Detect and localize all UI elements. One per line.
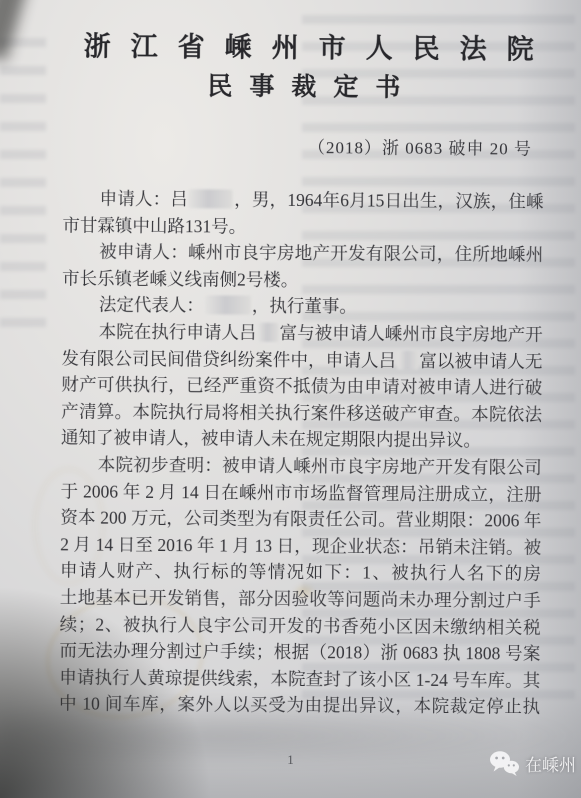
document-photo: 浙江省嵊州市人民法院 民事裁定书 （2018）浙 0683 破申 20 号 申请… bbox=[0, 0, 581, 798]
text-segment: 法定代表人： bbox=[99, 295, 204, 316]
text-segment: 资本 200 万元，公司类型为有限责任公司。营业期限：2006 年 bbox=[60, 507, 541, 530]
text-segment: 发有限公司民间借贷纠纷案件中，申请人吕 bbox=[61, 348, 396, 370]
redaction-mark bbox=[205, 296, 251, 315]
body-line-20: 中 10 间车库，案外人以买受为由提出异议，本院裁定停止执行 bbox=[59, 691, 540, 721]
body-line-7: 发有限公司民间借贷纠纷案件中，申请人吕富以被申请人无 bbox=[61, 345, 542, 375]
text-segment: 富以被申请人无 bbox=[419, 350, 542, 371]
body-line-6: 本院在执行申请人吕富与被申请人嵊州市良宇房地产开 bbox=[62, 318, 543, 348]
text-segment: 市甘霖镇中山路131号。 bbox=[62, 215, 246, 236]
body-line-17: 续；2、被执行人良宇公司开发的书香苑小区因未缴纳相关税费 bbox=[60, 611, 541, 641]
body-line-18: 而无法办理分割过户手续；根据（2018）浙 0683 执 1808 号案 bbox=[59, 637, 540, 667]
text-segment: 通知了被申请人，被申请人未在规定期限内提出异议。 bbox=[61, 428, 481, 451]
body-line-2: 市甘霖镇中山路131号。 bbox=[62, 212, 543, 242]
document-content: 浙江省嵊州市人民法院 民事裁定书 （2018）浙 0683 破申 20 号 申请… bbox=[58, 0, 545, 798]
document-type-title: 民事裁定书 bbox=[63, 65, 544, 104]
text-segment: 2 月 14 日至 2016 年 1 月 13 日，现企业状态：吊销未注销。被 bbox=[60, 534, 541, 557]
body-line-10: 通知了被申请人，被申请人未在规定期限内提出异议。 bbox=[61, 425, 542, 455]
body-line-3: 被申请人：嵊州市良宇房地产开发有限公司，住所地嵊州 bbox=[62, 239, 543, 269]
text-segment: 而无法办理分割过户手续；根据（2018）浙 0683 执 1808 号案 bbox=[59, 640, 540, 663]
body-line-19: 申请执行人黄琼提供线索，本院查封了该小区 1-24 号车库。其 bbox=[59, 664, 540, 694]
text-segment: 财产可供执行，已经严重资不抵债为由申请对被申请人进行破 bbox=[61, 374, 542, 397]
wechat-watermark: 在嵊州 bbox=[489, 750, 576, 777]
redaction-mark bbox=[257, 323, 278, 342]
text-segment: 市长乐镇老嵊义线南侧2号楼。 bbox=[62, 268, 298, 290]
body-line-13: 资本 200 万元，公司类型为有限责任公司。营业期限：2006 年 bbox=[60, 504, 541, 534]
text-segment: 产清算。本院执行局将相关执行案件移送破产审查。本院依法 bbox=[61, 401, 542, 424]
body-line-16: 土地基本已开发销售，部分因验收等问题尚未办理分割过户手 bbox=[60, 584, 541, 614]
watermark-text: 在嵊州 bbox=[525, 751, 576, 776]
text-segment: 本院在执行申请人吕 bbox=[99, 322, 257, 343]
text-segment: 被申请人：嵊州市良宇房地产开发有限公司，住所地嵊州 bbox=[99, 242, 543, 265]
body-line-4: 市长乐镇老嵊义线南侧2号楼。 bbox=[62, 265, 543, 295]
text-segment: 于 2006 年 2 月 14 日在嵊州市市场监督管理局注册成立，注册 bbox=[60, 481, 541, 504]
body-line-1: 申请人：吕，男，1964年6月15日出生，汉族，住嵊州 bbox=[63, 185, 544, 215]
text-segment: 申请人：吕 bbox=[100, 189, 189, 210]
wechat-icon bbox=[489, 750, 520, 777]
text-segment: 中 10 间车库，案外人以买受为由提出异议，本院裁定停止执行 bbox=[59, 694, 540, 721]
text-segment: 土地基本已开发销售，部分因验收等问题尚未办理分割过户手 bbox=[60, 587, 541, 610]
court-name: 浙江省嵊州市人民法院 bbox=[64, 24, 545, 66]
text-segment: 本院初步查明：被申请人嵊州市良宇房地产开发有限公司 bbox=[98, 455, 542, 478]
case-number: （2018）浙 0683 破申 20 号 bbox=[308, 133, 532, 160]
body-line-14: 2 月 14 日至 2016 年 1 月 13 日，现企业状态：吊销未注销。被 bbox=[60, 531, 541, 561]
text-segment: 申请执行人黄琼提供线索，本院查封了该小区 1-24 号车库。其 bbox=[59, 667, 540, 690]
body-line-5: 法定代表人：，执行董事。 bbox=[62, 292, 543, 322]
text-segment: ，执行董事。 bbox=[252, 296, 357, 317]
body-line-9: 产清算。本院执行局将相关执行案件移送破产审查。本院依法 bbox=[61, 398, 542, 428]
body-line-11: 本院初步查明：被申请人嵊州市良宇房地产开发有限公司 bbox=[61, 451, 542, 481]
photo-shadow-top-left bbox=[0, 0, 28, 61]
text-segment: 申请人财产、执行标的等情况如下：1、被执行人名下的房产、 bbox=[60, 561, 541, 588]
bleed-through-left bbox=[0, 28, 46, 328]
redaction-mark bbox=[189, 189, 233, 208]
body-line-8: 财产可供执行，已经严重资不抵债为由申请对被申请人进行破 bbox=[61, 371, 542, 401]
body-line-15: 申请人财产、执行标的等情况如下：1、被执行人名下的房产、 bbox=[60, 558, 541, 588]
body-text: 申请人：吕，男，1964年6月15日出生，汉族，住嵊州市甘霖镇中山路131号。被… bbox=[59, 185, 544, 720]
text-segment: 续；2、被执行人良宇公司开发的书香苑小区因未缴纳相关税费 bbox=[60, 614, 541, 641]
text-segment: 富与被申请人嵊州市良宇房地产开 bbox=[279, 323, 542, 345]
redaction-mark bbox=[397, 350, 418, 369]
body-line-12: 于 2006 年 2 月 14 日在嵊州市市场监督管理局注册成立，注册 bbox=[60, 478, 541, 508]
